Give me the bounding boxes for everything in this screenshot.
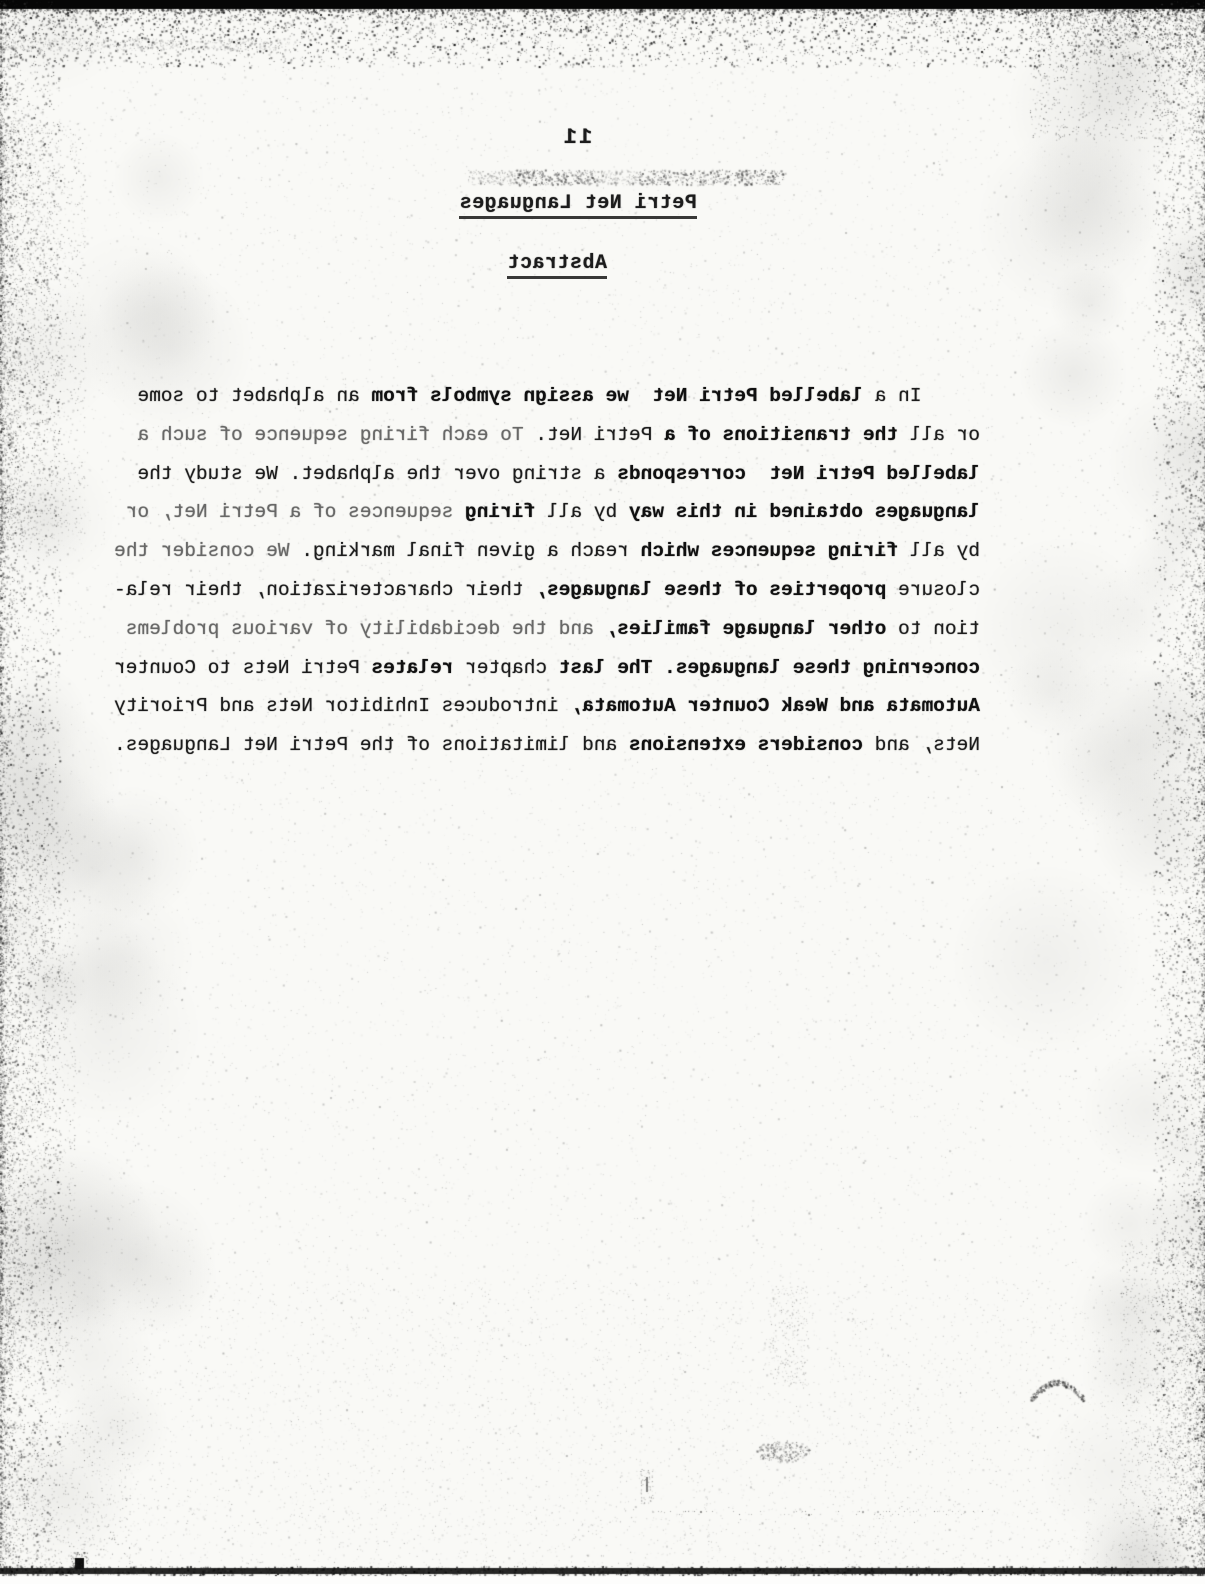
abstract-heading: Abstract [407, 252, 707, 275]
abstract-line: closure properties of these languages, t… [100, 571, 980, 610]
abstract-line: Nets, and considers extensions and limit… [100, 726, 980, 765]
page-number: 11 [547, 125, 607, 150]
abstract-heading-text: Abstract [507, 252, 607, 279]
abstract-line: languages obtained in this way by all fi… [100, 493, 980, 532]
abstract-line: or all the transitions of a Petri Net. T… [100, 416, 980, 455]
abstract-paragraph: In a labelled Petri Net we assign symbol… [100, 377, 980, 765]
abstract-line: labelled Petri Net corresponds a string … [100, 455, 980, 494]
mirrored-page-content: 11 Petri Net Languages Abstract In a lab… [0, 0, 1205, 1584]
abstract-line: tion to other language families, and the… [100, 610, 980, 649]
document-title: Petri Net Languages [428, 192, 728, 215]
abstract-line: In a labelled Petri Net we assign symbol… [100, 377, 980, 416]
abstract-line: by all firing sequences which reach a gi… [100, 532, 980, 571]
document-title-text: Petri Net Languages [459, 192, 697, 219]
abstract-line: concerning these languages. The last cha… [100, 649, 980, 688]
scanned-document-page: 11 Petri Net Languages Abstract In a lab… [0, 0, 1205, 1584]
abstract-line: Automata and Weak Counter Automata, intr… [100, 687, 980, 726]
